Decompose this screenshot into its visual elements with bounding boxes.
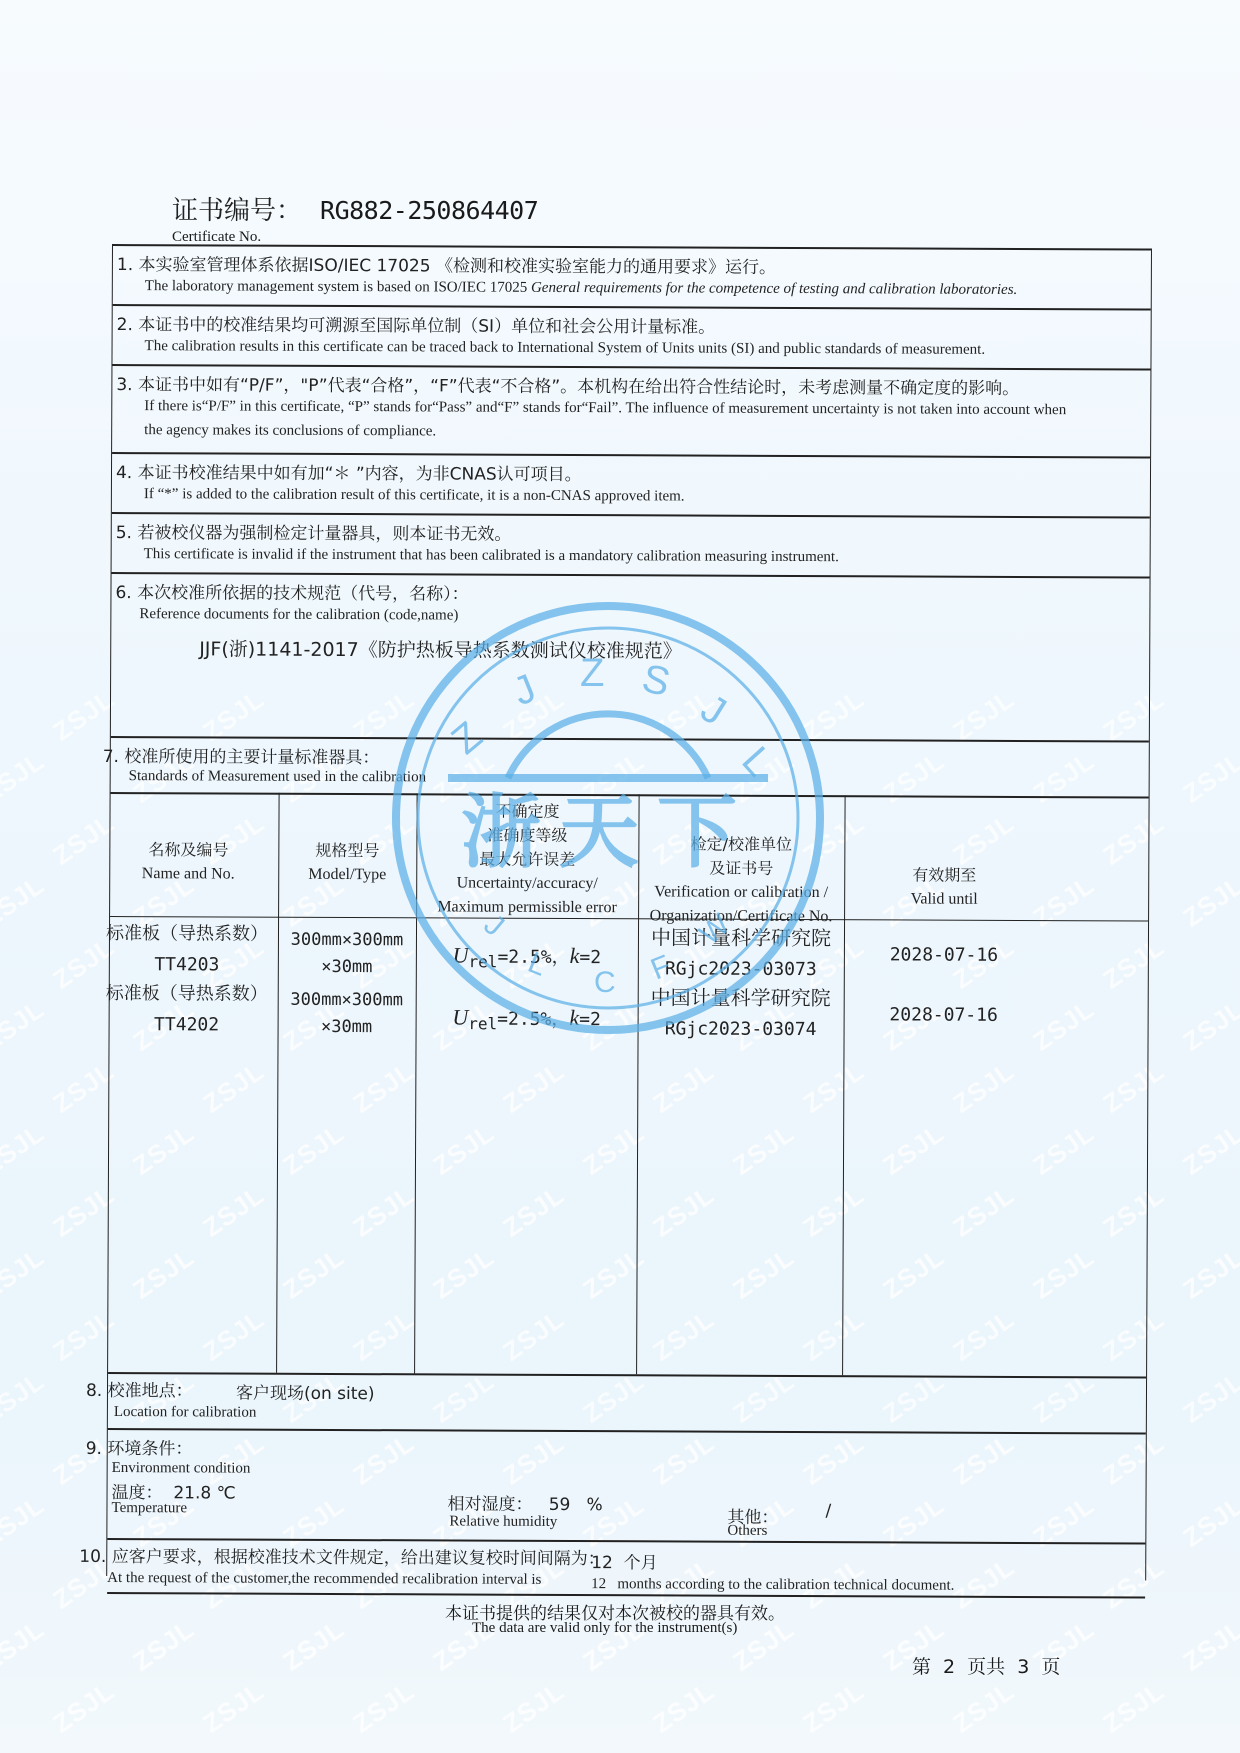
- uncertainty-value: Urel=2.5%，k=2: [416, 1001, 638, 1040]
- humidity-value: 59: [549, 1495, 571, 1515]
- header-organization: 检定/校准单位 及证书号 Verification or calibration…: [638, 832, 844, 929]
- environment-label-en: Environment condition: [112, 1460, 251, 1478]
- valid-until-date: 2028-07-16: [844, 939, 1044, 971]
- header-name-no: 名称及编号 Name and No.: [98, 838, 278, 887]
- reference-document: JJF(浙)1141-2017《防护热板导热系数测试仪校准规范》: [199, 634, 682, 663]
- item-7-en: Standards of Measurement used in the cal…: [129, 768, 426, 786]
- certificate-label: 证书编号：: [172, 196, 302, 226]
- divider: [108, 1372, 1146, 1379]
- item-1-en: The laboratory management system is base…: [145, 278, 1018, 299]
- certificate-header: 证书编号： RG882-250864407 Certificate No.: [172, 190, 538, 246]
- model-type-line2: ×30mm: [278, 1014, 416, 1042]
- certificate-body-frame: 1. 本实验室管理体系依据ISO/IEC 17025 《检测和校准实验室能力的通…: [106, 244, 1152, 1581]
- others-value: /: [825, 1501, 831, 1521]
- item-6-en: Reference documents for the calibration …: [139, 606, 458, 624]
- item-4-en: If “*” is added to the calibration resul…: [144, 486, 685, 505]
- standard-name: 标准板（导热系数）: [96, 918, 278, 950]
- item-6-cn: 6. 本次校准所依据的技术规范（代号，名称）：: [115, 578, 468, 605]
- uncertainty-value: Urel=2.5%，k=2: [416, 939, 638, 978]
- humidity-label-en: Relative humidity: [449, 1513, 557, 1530]
- recalibration-interval: 12 个月: [591, 1548, 658, 1573]
- model-type: 300mm×300mm: [278, 987, 416, 1015]
- item-3-en-line1: If there is“P/F” in this certificate, “P…: [144, 398, 1066, 419]
- divider: [108, 1428, 1146, 1435]
- divider: [113, 304, 1151, 311]
- item-3-en-line2: the agency makes its conclusions of comp…: [144, 422, 436, 440]
- recalibration-interval-en: 12 months according to the calibration t…: [591, 1576, 954, 1595]
- table-top-border: [111, 792, 1149, 799]
- organization-certificate-no: RGjc2023-03073: [638, 953, 844, 985]
- item-2-en: The calibration results in this certific…: [145, 338, 986, 359]
- temperature-label-en: Temperature: [111, 1500, 187, 1517]
- divider: [111, 736, 1149, 743]
- model-type-line2: ×30mm: [278, 954, 416, 982]
- validity-note-en: The data are valid only for the instrume…: [472, 1620, 737, 1637]
- divider: [112, 512, 1150, 519]
- item-1-cn: 1. 本实验室管理体系依据ISO/IEC 17025 《检测和校准实验室能力的通…: [117, 250, 776, 278]
- header-uncertainty: 不确定度 准确度等级 最大允许误差 Uncertainty/accuracy/ …: [416, 799, 639, 920]
- divider: [112, 572, 1150, 579]
- divider: [112, 452, 1150, 459]
- location-label-en: Location for calibration: [114, 1404, 257, 1422]
- item-4-cn: 4. 本证书校准结果中如有加“＊ ”内容，为非CNAS认可项目。: [116, 458, 582, 485]
- others-label-en: Others: [727, 1523, 767, 1540]
- recalibration-label-en: At the request of the customer,the recom…: [107, 1570, 541, 1589]
- organization-certificate-no: RGjc2023-03074: [638, 1013, 844, 1045]
- location-value: 客户现场(on site): [236, 1379, 375, 1405]
- standard-no: TT4202: [96, 1009, 278, 1041]
- item-7-cn: 7. 校准所使用的主要计量标准器具：: [103, 742, 380, 768]
- calibration-organization: 中国计量科学研究院: [638, 982, 844, 1014]
- recalibration-label: 10. 应客户要求，根据校准技术文件规定，给出建议复校时间间隔为：: [79, 1542, 605, 1569]
- location-label: 8. 校准地点：: [86, 1376, 193, 1401]
- valid-until-date: 2028-07-16: [844, 999, 1044, 1031]
- certificate-label-en: Certificate No.: [172, 229, 538, 246]
- certificate-number: RG882-250864407: [320, 196, 538, 225]
- item-2-cn: 2. 本证书中的校准结果均可溯源至国际单位制（SI）单位和社会公用计量标准。: [117, 310, 716, 338]
- divider: [112, 364, 1150, 371]
- humidity-field: 相对湿度： 59 %: [447, 1489, 602, 1515]
- calibration-organization: 中国计量科学研究院: [638, 922, 844, 954]
- environment-label: 9. 环境条件：: [86, 1434, 193, 1459]
- header-valid-until: 有效期至 Valid until: [844, 863, 1044, 912]
- item-5-en: This certificate is invalid if the instr…: [144, 546, 839, 566]
- standard-no: TT4203: [96, 949, 278, 981]
- model-type: 300mm×300mm: [278, 927, 416, 955]
- item-3-cn: 3. 本证书中如有“P/F”，"P”代表“合格”，“F”代表“不合格”。本机构在…: [116, 370, 1019, 399]
- standard-name: 标准板（导热系数）: [96, 978, 278, 1010]
- page-number: 第 2 页共 3 页: [912, 1652, 1060, 1679]
- header-model-type: 规格型号 Model/Type: [278, 839, 416, 888]
- item-5-cn: 5. 若被校仪器为强制检定计量器具，则本证书无效。: [116, 518, 512, 545]
